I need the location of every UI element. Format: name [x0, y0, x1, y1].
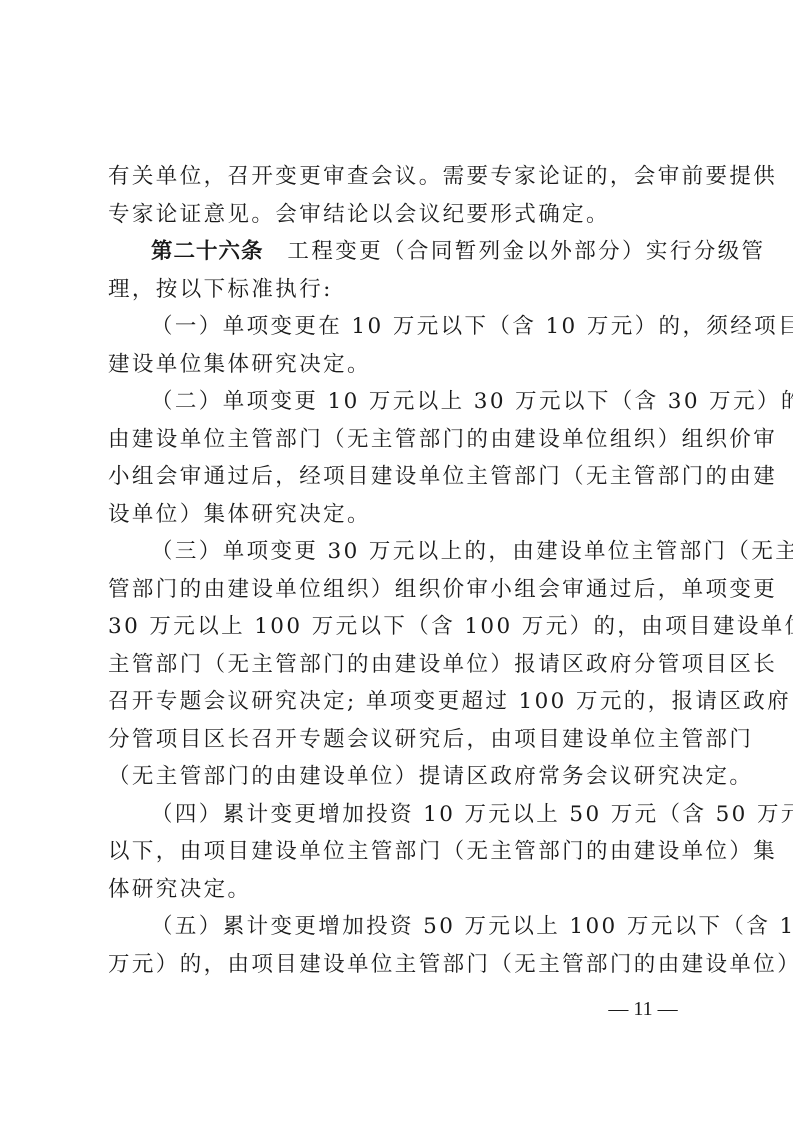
text-line: 专家论证意见。会审结论以会议纪要形式确定。 — [108, 196, 692, 234]
text-line: 万元）的，由项目建设单位主管部门（无主管部门的由建设单位） — [108, 946, 692, 984]
text-line: 体研究决定。 — [108, 871, 692, 909]
text-line: （无主管部门的由建设单位）提请区政府常务会议研究决定。 — [108, 758, 692, 796]
text-line: 小组会审通过后，经项目建设单位主管部门（无主管部门的由建 — [108, 458, 692, 496]
article-heading-line: 第二十六条 工程变更（合同暂列金以外部分）实行分级管 — [108, 233, 692, 271]
text-line: 主管部门（无主管部门的由建设单位）报请区政府分管项目区长 — [108, 646, 692, 684]
text-line: 召开专题会议研究决定; 单项变更超过 100 万元的，报请区政府 — [108, 683, 692, 721]
article-number: 第二十六条 — [151, 239, 264, 264]
text-line: 30 万元以上 100 万元以下（含 100 万元）的，由项目建设单位 — [108, 608, 692, 646]
clause-4-line: （四）累计变更增加投资 10 万元以上 50 万元（含 50 万元） — [108, 796, 692, 834]
text-line: 以下，由项目建设单位主管部门（无主管部门的由建设单位）集 — [108, 833, 692, 871]
clause-5-line: （五）累计变更增加投资 50 万元以上 100 万元以下（含 100 — [108, 908, 692, 946]
text-line: 分管项目区长召开专题会议研究后，由项目建设单位主管部门 — [108, 721, 692, 759]
text-line: 由建设单位主管部门（无主管部门的由建设单位组织）组织价审 — [108, 421, 692, 459]
text-line: 设单位）集体研究决定。 — [108, 496, 692, 534]
text-line: 建设单位集体研究决定。 — [108, 346, 692, 384]
clause-2-line: （二）单项变更 10 万元以上 30 万元以下（含 30 万元）的， — [108, 383, 692, 421]
text-line: 管部门的由建设单位组织）组织价审小组会审通过后，单项变更 — [108, 571, 692, 609]
text-line: 有关单位，召开变更审查会议。需要专家论证的，会审前要提供 — [108, 158, 692, 196]
page-number: — 11 — — [598, 998, 688, 1021]
text-line: 理，按以下标准执行: — [108, 271, 692, 309]
article-text: 工程变更（合同暂列金以外部分）实行分级管 — [264, 239, 766, 264]
document-body: 有关单位，召开变更审查会议。需要专家论证的，会审前要提供 专家论证意见。会审结论… — [108, 158, 692, 983]
clause-3-line: （三）单项变更 30 万元以上的，由建设单位主管部门（无主 — [108, 533, 692, 571]
clause-1-line: （一）单项变更在 10 万元以下（含 10 万元）的，须经项目 — [108, 308, 692, 346]
